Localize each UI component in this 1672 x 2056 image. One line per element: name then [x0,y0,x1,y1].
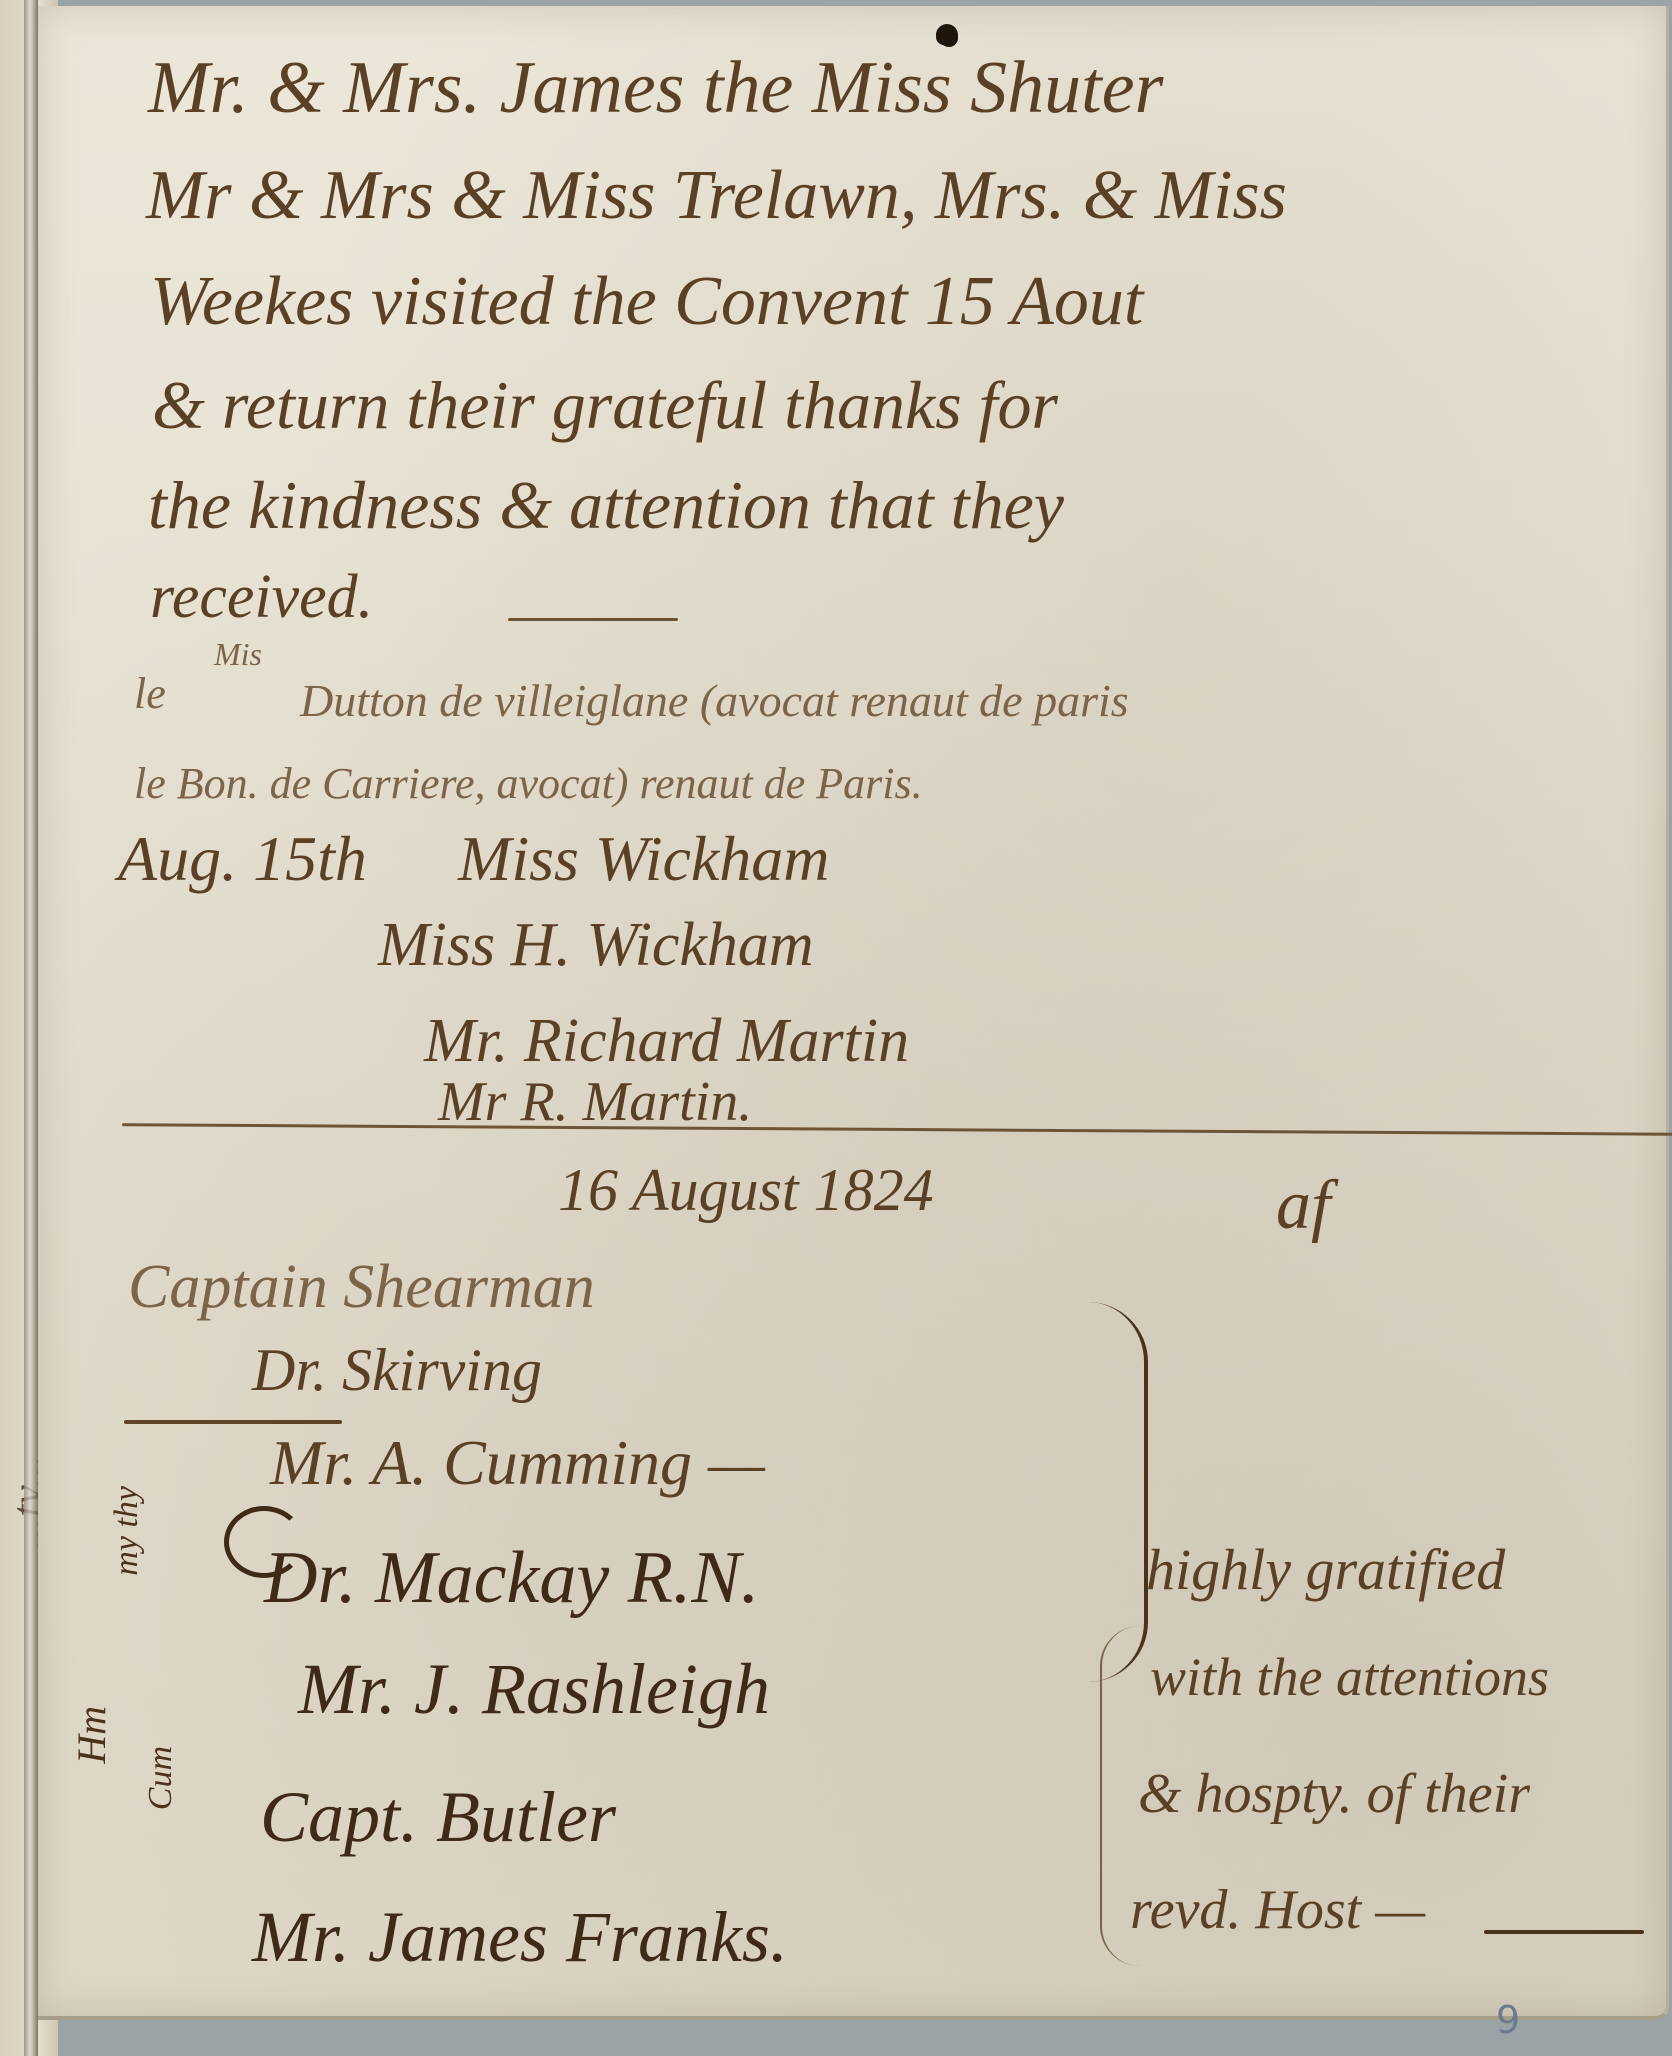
entry4-name: Dr. Mackay R.N. [264,1536,759,1621]
grouping-brace [1084,1302,1148,1682]
entry2-prefix: le [134,668,166,719]
entry2-line2: le Bon. de Carriere, avocat) renaut de P… [134,758,923,809]
entry4-note-line: highly gratified [1146,1536,1505,1603]
entry3-name: Mr. Richard Martin [424,1006,909,1077]
flourish-line [124,1420,342,1424]
entry4-note-line: revd. Host — [1130,1878,1425,1942]
entry1-line: received. [150,562,373,633]
entry4-note-line: & hospty. of their [1138,1762,1530,1826]
entry4-name: Mr. J. Rashleigh [298,1648,770,1731]
manuscript-page: Mr. & Mrs. James the Miss Shuter Mr & Mr… [38,6,1669,2020]
entry4-note-line: with the attentions [1150,1646,1549,1708]
entry3-name: Miss Wickham [458,822,830,896]
page-number: 9 [1496,1998,1520,2042]
entry3-date: Aug. 15th [118,822,367,896]
entry4-name: Capt. Butler [260,1776,616,1859]
margin-note: Cum [142,1746,180,1810]
entry2-line1: Dutton de villeiglane (avocat renaut de … [300,674,1129,727]
entry1-line: Mr & Mrs & Miss Trelawn, Mrs. & Miss [146,156,1287,236]
entry4-date: 16 August 1824 [558,1156,934,1225]
entry1-line: the kindness & attention that they [148,466,1064,545]
margin-note: my thy [108,1486,146,1576]
entry4-name: Mr. James Franks. [252,1896,788,1979]
ink-blot [936,24,958,46]
title-superscript: Mis [214,636,262,673]
entry3-name: Mr R. Martin. [438,1070,752,1134]
margin-note: Hm [68,1706,115,1764]
margin-mark: af [1276,1166,1330,1246]
entry4-name: Mr. A. Cumming — [270,1426,765,1500]
flourish-line [1484,1930,1644,1934]
section-divider [122,1123,1672,1136]
entry1-line: & return their grateful thanks for [152,366,1058,445]
flourish-line [508,618,678,621]
entry4-name: Captain Shearman [128,1252,595,1323]
entry1-line: Mr. & Mrs. James the Miss Shuter [148,46,1163,131]
entry3-name: Miss H. Wickham [378,910,814,981]
book-binding [24,0,38,2056]
entry4-name: Dr. Skirving [252,1336,542,1405]
entry1-line: Weekes visited the Convent 15 Aout [150,262,1143,342]
